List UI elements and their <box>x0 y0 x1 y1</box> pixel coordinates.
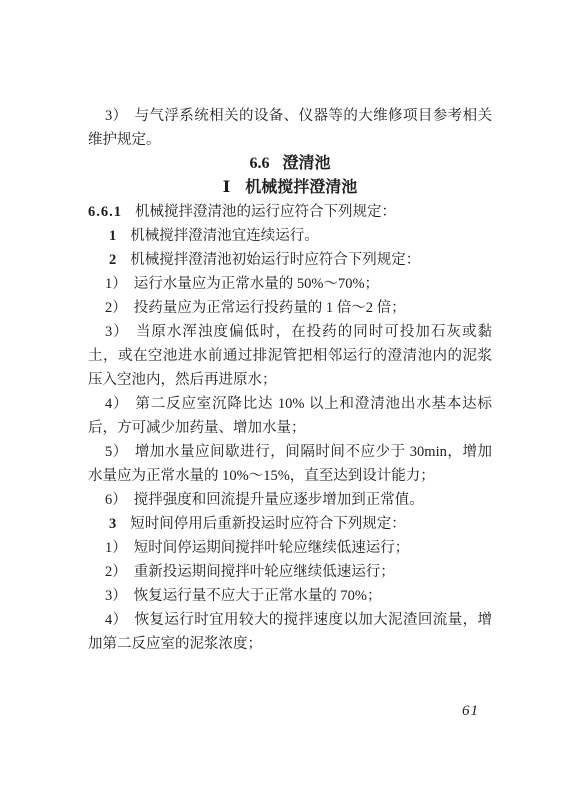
item-number: 2 <box>109 252 116 268</box>
sub-item: 3）当原水浑浊度偏低时，在投药的同时可投加石灰或黏土，或在空池进水前通过排泥管把… <box>88 320 492 392</box>
subitem-text: 恢复运行量不应大于正常水量的 70%； <box>134 588 382 604</box>
page-number: 61 <box>462 699 479 723</box>
clause-text: 机械搅拌澄清池的运行应符合下列规定： <box>135 204 396 220</box>
sub-item: 5）增加水量应间歇进行，间隔时间不应少于 30min，增加水量应为正常水量的 1… <box>88 440 492 488</box>
sub-item: 3）恢复运行量不应大于正常水量的 70%； <box>88 584 492 608</box>
subitem-number: 6） <box>105 492 127 508</box>
sub-item: 4）第二反应室沉降比达 10% 以上和澄清池出水基本达标后，方可减少加药量、增加… <box>88 392 492 440</box>
sub-item: 2）投药量应为正常运行投药量的 1 倍～2 倍； <box>88 296 492 320</box>
subitem-text: 重新投运期间搅拌叶轮应继续低速运行； <box>134 564 395 580</box>
item-number-label: 3） <box>105 108 128 124</box>
prev-item-paragraph: 3）与气浮系统相关的设备、仪器等的大维修项目参考相关维护规定。 <box>88 104 492 152</box>
clause-number: 6.6.1 <box>88 204 122 220</box>
prev-item-text: 与气浮系统相关的设备、仪器等的大维修项目参考相关维护规定。 <box>88 108 492 148</box>
numbered-item: 1机械搅拌澄清池宜连续运行。 <box>88 224 492 248</box>
subitem-number: 5） <box>105 444 128 460</box>
subitem-number: 1） <box>105 540 127 556</box>
subitem-text: 恢复运行时宜用较大的搅拌速度以加大泥渣回流量，增加第二反应室的泥浆浓度； <box>88 612 492 652</box>
subitem-text: 增加水量应间歇进行，间隔时间不应少于 30min，增加水量应为正常水量的 10%… <box>88 444 492 484</box>
body-text-column: 3）与气浮系统相关的设备、仪器等的大维修项目参考相关维护规定。 6.6澄清池 Ⅰ… <box>88 104 492 656</box>
subitem-number: 3） <box>105 324 129 340</box>
item-number: 1 <box>109 228 116 244</box>
section-title: 澄清池 <box>282 155 330 172</box>
subitem-number: 1） <box>105 276 127 292</box>
sub-item: 6）搅拌强度和回流提升量应逐步增加到正常值。 <box>88 488 492 512</box>
subsection-heading: Ⅰ机械搅拌澄清池 <box>88 176 492 200</box>
subitem-text: 运行水量应为正常水量的 50%～70%； <box>134 276 379 292</box>
subitem-text: 投药量应为正常运行投药量的 1 倍～2 倍； <box>134 300 406 316</box>
subitem-number: 4） <box>105 612 128 628</box>
item-text: 机械搅拌澄清池宜连续运行。 <box>130 228 319 244</box>
numbered-item: 3短时间停用后重新投运时应符合下列规定： <box>88 512 492 536</box>
sub-item: 2）重新投运期间搅拌叶轮应继续低速运行； <box>88 560 492 584</box>
sub-item: 1）运行水量应为正常水量的 50%～70%； <box>88 272 492 296</box>
subitem-number: 4） <box>105 396 128 412</box>
subitem-text: 第二反应室沉降比达 10% 以上和澄清池出水基本达标后，方可减少加药量、增加水量… <box>88 396 492 436</box>
item-text: 短时间停用后重新投运时应符合下列规定： <box>130 516 406 532</box>
subitem-text: 当原水浑浊度偏低时，在投药的同时可投加石灰或黏土，或在空池进水前通过排泥管把相邻… <box>88 324 492 388</box>
subitem-text: 短时间停运期间搅拌叶轮应继续低速运行； <box>134 540 410 556</box>
subitem-number: 2） <box>105 300 127 316</box>
subsection-title: 机械搅拌澄清池 <box>245 179 357 196</box>
subsection-number: Ⅰ <box>223 179 230 196</box>
subitem-number: 2） <box>105 564 127 580</box>
item-text: 机械搅拌澄清池初始运行时应符合下列规定： <box>130 252 420 268</box>
sub-item: 4）恢复运行时宜用较大的搅拌速度以加大泥渣回流量，增加第二反应室的泥浆浓度； <box>88 608 492 656</box>
sub-item: 1）短时间停运期间搅拌叶轮应继续低速运行； <box>88 536 492 560</box>
subitem-number: 3） <box>105 588 127 604</box>
document-page: 3）与气浮系统相关的设备、仪器等的大维修项目参考相关维护规定。 6.6澄清池 Ⅰ… <box>0 0 561 804</box>
clause-paragraph: 6.6.1机械搅拌澄清池的运行应符合下列规定： <box>88 200 492 224</box>
subitem-text: 搅拌强度和回流提升量应逐步增加到正常值。 <box>134 492 424 508</box>
section-heading: 6.6澄清池 <box>88 152 492 176</box>
item-number: 3 <box>109 516 116 532</box>
section-number: 6.6 <box>249 155 269 172</box>
numbered-item: 2机械搅拌澄清池初始运行时应符合下列规定： <box>88 248 492 272</box>
